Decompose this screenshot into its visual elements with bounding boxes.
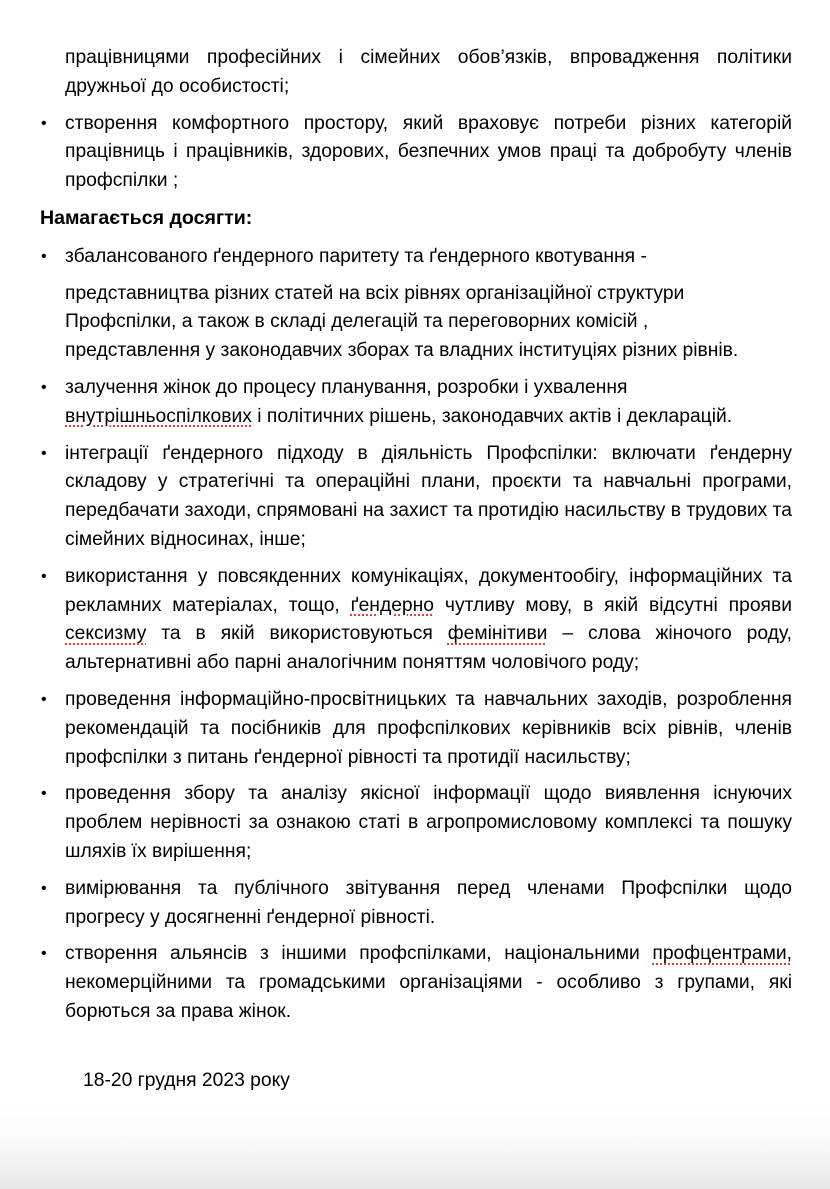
bullet-icon: • — [41, 440, 47, 469]
spellcheck-marked-word: фемінітиви — [448, 623, 548, 644]
bullet-text: створення комфортного простору, який вра… — [65, 110, 792, 196]
list-item: • використання у повсякденних комунікаці… — [65, 563, 792, 678]
goals-bullet-list: • збалансованого ґендерного паритету та … — [65, 243, 792, 1027]
page-bottom-shadow — [0, 1104, 830, 1189]
section-heading: Намагається досягти: — [40, 204, 792, 233]
list-item: • залучення жінок до процесу планування,… — [65, 374, 792, 432]
bullet-icon: • — [41, 374, 47, 403]
list-item: • створення альянсів з іншими профспілка… — [65, 940, 792, 1026]
spellcheck-marked-word: сексизму — [65, 623, 146, 644]
text-segment: створення альянсів з іншими профспілками… — [65, 943, 652, 964]
intro-bullet-list: • створення комфортного простору, який в… — [65, 110, 792, 196]
bullet-text: інтеграції ґендерного підходу в діяльніс… — [65, 440, 792, 555]
list-item: • інтеграції ґендерного підходу в діяльн… — [65, 440, 792, 555]
document-page: працівницями професійних і сімейних обов… — [0, 0, 830, 1096]
spellcheck-marked-word: профцентрами, — [652, 943, 792, 964]
text-segment: чутливу мову, в якій відсутні прояви — [434, 595, 792, 616]
bullet-icon: • — [41, 875, 47, 904]
bullet-icon: • — [41, 563, 47, 592]
bullet-text: створення альянсів з іншими профспілками… — [65, 940, 792, 1026]
spellcheck-marked-word: ґендерно — [351, 595, 434, 616]
bullet-icon: • — [41, 686, 47, 715]
spellcheck-marked-word: внутрішньоспілкових — [65, 406, 252, 427]
list-item: • збалансованого ґендерного паритету та … — [65, 243, 792, 366]
bullet-icon: • — [41, 110, 47, 139]
bullet-icon: • — [41, 780, 47, 809]
bullet-text: вимірювання та публічного звітування пер… — [65, 875, 792, 933]
text-segment: залучення жінок до процесу планування, р… — [65, 377, 627, 398]
bullet-icon: • — [41, 940, 47, 969]
bullet-text: використання у повсякденних комунікаціях… — [65, 563, 792, 678]
date-line: 18-20 грудня 2023 року — [83, 1067, 792, 1096]
bullet-icon: • — [41, 243, 47, 272]
text-segment: та в якій використовуються — [146, 623, 447, 644]
intro-continuation-paragraph: працівницями професійних і сімейних обов… — [65, 44, 792, 102]
bullet-text: проведення збору та аналізу якісної інфо… — [65, 780, 792, 866]
list-item: • створення комфортного простору, який в… — [65, 110, 792, 196]
bullet-text: проведення інформаційно-просвітницьких т… — [65, 686, 792, 772]
list-item: • вимірювання та публічного звітування п… — [65, 875, 792, 933]
text-segment: некомерційними та громадськими організац… — [65, 972, 792, 1022]
bullet-text: залучення жінок до процесу планування, р… — [65, 374, 792, 432]
list-item: • проведення інформаційно-просвітницьких… — [65, 686, 792, 772]
list-item: • проведення збору та аналізу якісної ін… — [65, 780, 792, 866]
text-segment: і політичних рішень, законодавчих актів … — [252, 406, 732, 427]
bullet-text: збалансованого ґендерного паритету та ґе… — [65, 243, 792, 272]
bullet-text-continuation: представництва різних статей на всіх рів… — [65, 280, 792, 366]
